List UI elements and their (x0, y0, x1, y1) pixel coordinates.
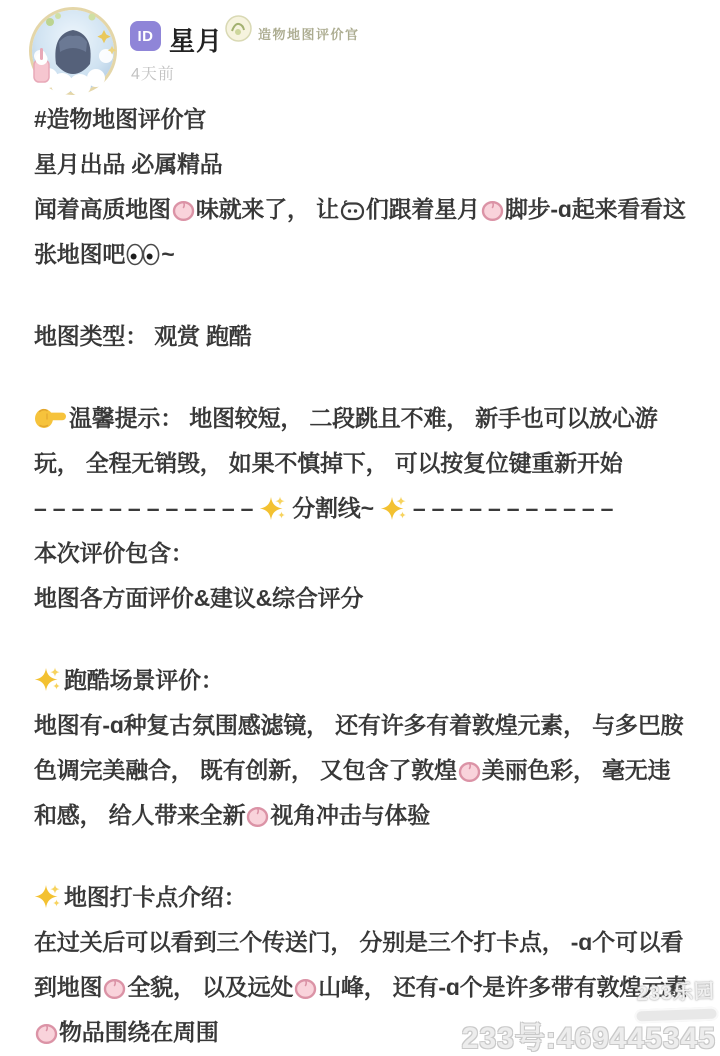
paragraph-gap (34, 838, 690, 875)
peach-icon (35, 1023, 58, 1044)
sparkle-icon (380, 495, 407, 522)
post-paragraph: 本次评价包含： (34, 531, 690, 576)
peach-icon (294, 978, 317, 999)
text-run: 地图各方面评价&建议&综合评分 (34, 585, 363, 611)
post-body: #造物地图评价官星月出品 必属精品闻着高质地图味就来了， 让们跟着星月脚步-ɑ起… (34, 97, 690, 1055)
text-run: 地图类型： 观赏 跑酷 (34, 323, 252, 349)
id-badge: ID (130, 21, 161, 51)
face-icon (340, 200, 365, 221)
post-paragraph: 星月出品 必属精品 (34, 142, 690, 187)
paragraph-gap (34, 277, 690, 314)
hashtag-line[interactable]: #造物地图评价官 (34, 97, 690, 142)
divider-label: 分割线~ (292, 486, 374, 531)
role-badge-label: 造物地图评价官 (258, 24, 360, 43)
post-paragraph: 温馨提示： 地图较短， 二段跳且不难， 新手也可以放心游玩， 全程无销毁， 如果… (34, 396, 690, 486)
text-run: 视角冲击与体验 (270, 802, 430, 828)
section-divider: – – – – – – – – – – – –分割线~– – – – – – –… (34, 486, 690, 531)
text-run: 跑酷场景评价： (64, 667, 224, 693)
divider-dashes-right: – – – – – – – – – – – (413, 486, 613, 531)
text-run: 味就来了， 让 (196, 196, 339, 222)
post-paragraph: 在过关后可以看到三个传送门， 分别是三个打卡点， -ɑ个可以看到地图全貌， 以及… (34, 920, 690, 1055)
text-run: ~ (161, 241, 174, 267)
text-run: 温馨提示： 地图较短， 二段跳且不难， 新手也可以放心游玩， 全程无销毁， 如果… (34, 405, 658, 476)
paragraph-gap (34, 359, 690, 396)
eyes-icon (126, 243, 160, 266)
finger-icon (34, 404, 67, 429)
post-paragraph: 地图有-ɑ种复古氛围感滤镜， 还有许多有着敦煌元素， 与多巴胺色调完美融合， 既… (34, 703, 690, 838)
post-paragraph: 地图各方面评价&建议&综合评分 (34, 576, 690, 621)
peach-icon (246, 806, 269, 827)
post-page: ID 星月 造物地图评价官 4天前 #造物地图评价官星月出品 必属精品闻着高质地… (0, 0, 720, 1056)
divider-dashes-left: – – – – – – – – – – – – (34, 486, 253, 531)
medal-icon (225, 15, 252, 42)
sparkle-icon (259, 495, 286, 522)
timestamp: 4天前 (131, 61, 175, 84)
text-run: 物品围绕在周围 (59, 1019, 219, 1045)
text-run: 们跟着星月 (366, 196, 480, 222)
sparkle-icon (34, 883, 61, 910)
sparkle-icon (34, 666, 61, 693)
text-run: 全貌， 以及远处 (127, 974, 293, 1000)
peach-icon (103, 978, 126, 999)
section-heading-parkour: 跑酷场景评价： (34, 658, 690, 703)
section-heading-checkpoints: 地图打卡点介绍： (34, 875, 690, 920)
post-paragraph: 闻着高质地图味就来了， 让们跟着星月脚步-ɑ起来看看这张地图吧~ (34, 187, 690, 277)
post-paragraph: 地图类型： 观赏 跑酷 (34, 314, 690, 359)
text-run: 星月出品 必属精品 (34, 151, 223, 177)
paragraph-gap (34, 621, 690, 658)
text-run: #造物地图评价官 (34, 106, 206, 132)
text-run: 山峰， 还有-ɑ个是许多带有敦煌元素 (318, 974, 688, 1000)
peach-icon (172, 200, 195, 221)
peach-icon (481, 200, 504, 221)
text-run: 本次评价包含： (34, 540, 194, 566)
username[interactable]: 星月 (169, 21, 223, 58)
text-run: 闻着高质地图 (34, 196, 171, 222)
text-run: 地图打卡点介绍： (64, 884, 246, 910)
avatar[interactable] (26, 4, 120, 98)
peach-icon (458, 761, 481, 782)
